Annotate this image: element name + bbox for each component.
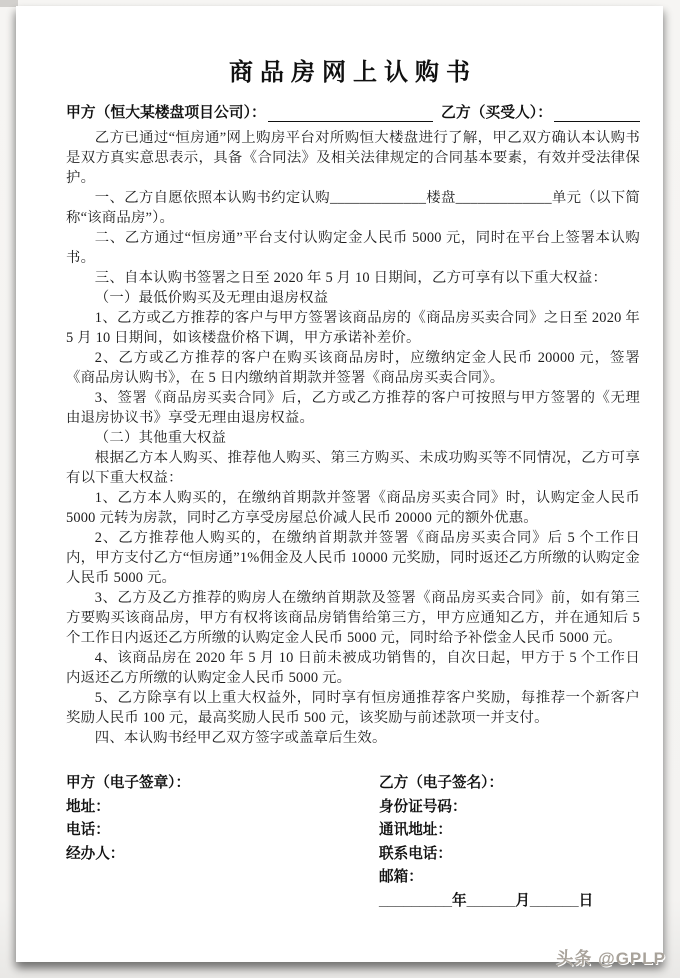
party-a-blank-field[interactable] (268, 105, 433, 122)
document-body: 乙方已通过“恒房通”网上购房平台对所购恒大楼盘进行了解，甲乙双方确认本认购书是双… (66, 128, 640, 748)
paragraph-clause-4: 四、本认购书经甲乙双方签字或盖章后生效。 (66, 728, 640, 748)
party-a-label: 甲方（恒大某楼盘项目公司）： (66, 103, 266, 123)
paragraph-section-2-heading: （二）其他重大权益 (66, 428, 640, 448)
party-b-contact-phone-label[interactable]: 联系电话： (379, 843, 640, 867)
party-b-label: 乙方（买受人）： (441, 103, 552, 123)
party-b-signature-label[interactable]: 乙方（电子签名）： (379, 772, 640, 796)
paragraph-section-1-item-3: 3、签署《商品房买卖合同》后，乙方或乙方推荐的客户可按照与甲方签署的《无理由退房… (66, 388, 640, 428)
paragraph-section-2-item-4: 4、该商品房在 2020 年 5 月 10 日前未被成功销售的，自次日起，甲方于… (66, 648, 640, 688)
paragraph-section-2-item-5: 5、乙方除享有以上重大权益外，同时享有恒房通推荐客户奖励，每推荐一个新客户奖励人… (66, 688, 640, 728)
paragraph-section-1-item-2: 2、乙方或乙方推荐的客户在购买该商品房时，应缴纳定金人民币 20000 元，签署… (66, 348, 640, 388)
paragraph-clause-1: 一、乙方自愿依照本认购书约定认购_____________楼盘_________… (66, 188, 640, 228)
paragraph-clause-2: 二、乙方通过“恒房通”平台支付认购定金人民币 5000 元，同时在平台上签署本认… (66, 228, 640, 268)
document-page: 商品房网上认购书 甲方（恒大某楼盘项目公司）：乙方（买受人）： 乙方已通过“恒房… (16, 6, 663, 962)
paragraph-section-1-item-1: 1、乙方或乙方推荐的客户与甲方签署该商品房的《商品房买卖合同》之日至 2020 … (66, 308, 640, 348)
date-fill-in-line[interactable]: _________年______月______日 (379, 890, 640, 914)
party-a-address-label[interactable]: 地址： (66, 796, 379, 820)
party-a-signature-column: 甲方（电子签章）： 地址： 电话： 经办人： (66, 772, 379, 866)
signature-block: 甲方（电子签章）： 地址： 电话： 经办人： 乙方（电子签名）： 身份证号码： … (66, 772, 640, 913)
paragraph-section-1-heading: （一）最低价购买及无理由退房权益 (66, 288, 640, 308)
paragraph-section-2-intro: 根据乙方本人购买、推荐他人购买、第三方购买、未成功购买等不同情况，乙方可享有以下… (66, 448, 640, 488)
page-background: 商品房网上认购书 甲方（恒大某楼盘项目公司）：乙方（买受人）： 乙方已通过“恒房… (0, 0, 680, 978)
party-a-seal-label[interactable]: 甲方（电子签章）： (66, 772, 379, 796)
party-a-agent-label[interactable]: 经办人： (66, 843, 379, 867)
paragraph-section-2-item-1: 1、乙方本人购买的，在缴纳首期款并签署《商品房买卖合同》时，认购定金人民币 50… (66, 488, 640, 528)
party-b-id-number-label[interactable]: 身份证号码： (379, 796, 640, 820)
document-title: 商品房网上认购书 (66, 52, 640, 87)
party-header-line: 甲方（恒大某楼盘项目公司）：乙方（买受人）： (66, 103, 640, 123)
party-b-blank-field[interactable] (554, 105, 640, 122)
paragraph-intro: 乙方已通过“恒房通”网上购房平台对所购恒大楼盘进行了解，甲乙双方确认本认购书是双… (66, 128, 640, 188)
party-b-signature-column: 乙方（电子签名）： 身份证号码： 通讯地址： 联系电话： 邮箱： _______… (379, 772, 640, 913)
party-b-mailing-address-label[interactable]: 通讯地址： (379, 819, 640, 843)
toutiao-watermark: 头条 @GPLP (556, 944, 666, 969)
party-a-phone-label[interactable]: 电话： (66, 819, 379, 843)
paragraph-section-2-item-3: 3、乙方及乙方推荐的购房人在缴纳首期款及签署《商品房买卖合同》前，如有第三方要购… (66, 588, 640, 648)
paragraph-clause-3: 三、自本认购书签署之日至 2020 年 5 月 10 日期间，乙方可享有以下重大… (66, 268, 640, 288)
party-b-email-label[interactable]: 邮箱： (379, 866, 640, 890)
paragraph-section-2-item-2: 2、乙方推荐他人购买的，在缴纳首期款并签署《商品房买卖合同》后 5 个工作日内，… (66, 528, 640, 588)
